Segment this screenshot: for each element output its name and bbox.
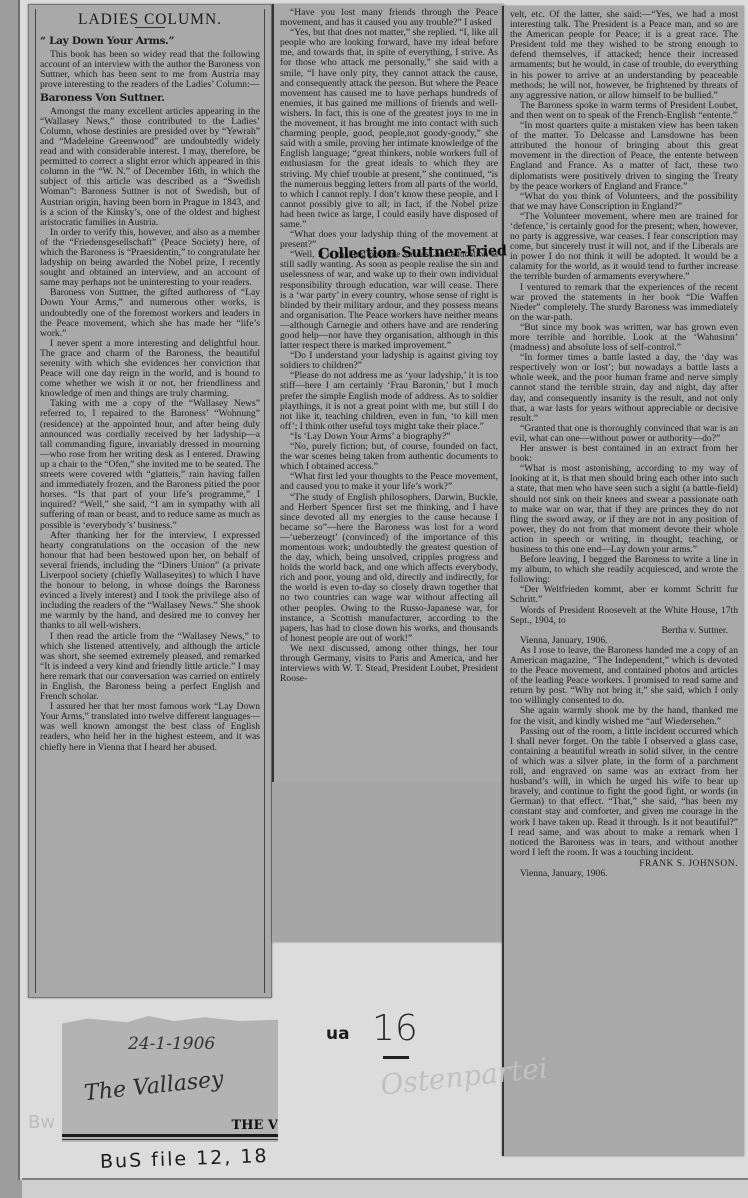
handwritten-date: 24-1-1906: [128, 1034, 215, 1054]
article-paragraph: “What first led your thoughts to the Pea…: [280, 472, 498, 492]
article-paragraph: I then read the article from the “Wallas…: [40, 632, 260, 703]
article-intro: This book has been so widey read that th…: [40, 50, 260, 90]
article-paragraph: “Please do not address me as ‘your ladys…: [280, 371, 498, 432]
faint-margin-note: Bw: [28, 1112, 55, 1133]
article-paragraph: “In former times a battle lasted a day, …: [510, 353, 738, 424]
article-paragraph: I never spent a more interesting and del…: [40, 339, 260, 400]
column-title: LADIES COLUMN.: [40, 15, 260, 25]
article-paragraph: In order to verify this, however, and al…: [40, 228, 260, 289]
article-paragraph: “What is most astonishing, according to …: [510, 464, 738, 555]
article-paragraph: “No, purely fiction; but, of course, fou…: [280, 442, 498, 472]
article-paragraph: “The study of English philosophers, Darw…: [280, 493, 498, 644]
article-paragraph: I assured her that her most famous work …: [40, 702, 260, 752]
article-paragraph: We next discussed, among other things, h…: [280, 644, 498, 684]
article-paragraph: Taking with me a copy of the “Wallasey N…: [40, 399, 260, 530]
article-paragraph: As I rose to leave, the Baroness handed …: [510, 646, 738, 707]
article-paragraph: “Yes, but that does not matter,” she rep…: [280, 28, 498, 230]
right-paragraphs-after: As I rose to leave, the Baroness handed …: [510, 646, 738, 858]
item-number-underline: [383, 1056, 409, 1059]
article-paragraph: “Have you lost many friends through the …: [280, 8, 498, 28]
article-paragraph: She again warmly shook me by the hand, t…: [510, 706, 738, 726]
article-paragraph: Before leaving, I begged the Baroness to…: [510, 555, 738, 585]
masthead-rule-thin: [62, 1139, 278, 1140]
article-paragraph: The Baroness spoke in warm terms of Pres…: [510, 101, 738, 121]
article-paragraph: “But since my book was written, war has …: [510, 323, 738, 353]
article-paragraph: Baroness von Suttner, the gifted authore…: [40, 288, 260, 338]
article-paragraph: “The Volunteer movement, where men are t…: [510, 212, 738, 283]
clipping-left-column: LADIES COLUMN. “ Lay Down Your Arms.” Th…: [28, 4, 272, 998]
collection-stamp: Collection Suttner-Fried: [318, 242, 507, 262]
handwritten-item-ref: ua: [326, 1024, 350, 1044]
article-paragraph: Amongst the many excellent articles appe…: [40, 107, 260, 228]
handwritten-paper-name: The Vallasey: [83, 1067, 225, 1106]
article-paragraph: “Well, it is making possible strides, bu…: [280, 250, 498, 351]
article-paragraph: “Do I understand your ladyship is agains…: [280, 351, 498, 371]
left-paragraphs: Amongst the many excellent articles appe…: [40, 107, 260, 753]
handwritten-item-number: 16: [372, 1008, 418, 1049]
motto-attribution: Words of President Roosevelt at the Whit…: [510, 606, 738, 626]
article-paragraph: I ventured to remark that the experience…: [510, 283, 738, 323]
article-paragraph: Her answer is best contained in an extra…: [510, 444, 738, 464]
article-paragraph: velt, etc. Of the latter, she said:—“Yes…: [510, 10, 738, 101]
article-paragraph: “Granted that one is thoroughly convince…: [510, 424, 738, 444]
newspaper-title-scrap: 24-1-1906 The Vallasey THE V: [62, 1016, 278, 1142]
middle-column-blank-area: [272, 782, 502, 942]
masthead-rule: [62, 1134, 278, 1137]
article-paragraph: Passing out of the room, a little incide…: [510, 727, 738, 858]
article-paragraph: After thanking her for the interview, I …: [40, 531, 260, 632]
album-motto: “Der Weltfrieden kommt, aber er kommt Sc…: [510, 585, 738, 605]
masthead-fragment: THE V: [232, 1118, 278, 1133]
article-subheadline: Baroness Von Suttner.: [40, 93, 260, 103]
next-sheet-edge: [22, 1178, 748, 1198]
article-paragraph: “What do you think of Volunteers, and th…: [510, 192, 738, 212]
article-headline: “ Lay Down Your Arms.”: [40, 36, 260, 46]
right-paragraphs: velt, etc. Of the latter, she said:—“Yes…: [510, 10, 738, 585]
article-paragraph: “In most quarters quite a mistaken view …: [510, 121, 738, 192]
clipping-right-column: velt, etc. Of the latter, she said:—“Yes…: [502, 6, 744, 1156]
article-dateline: Vienna, January, 1906.: [510, 869, 738, 879]
